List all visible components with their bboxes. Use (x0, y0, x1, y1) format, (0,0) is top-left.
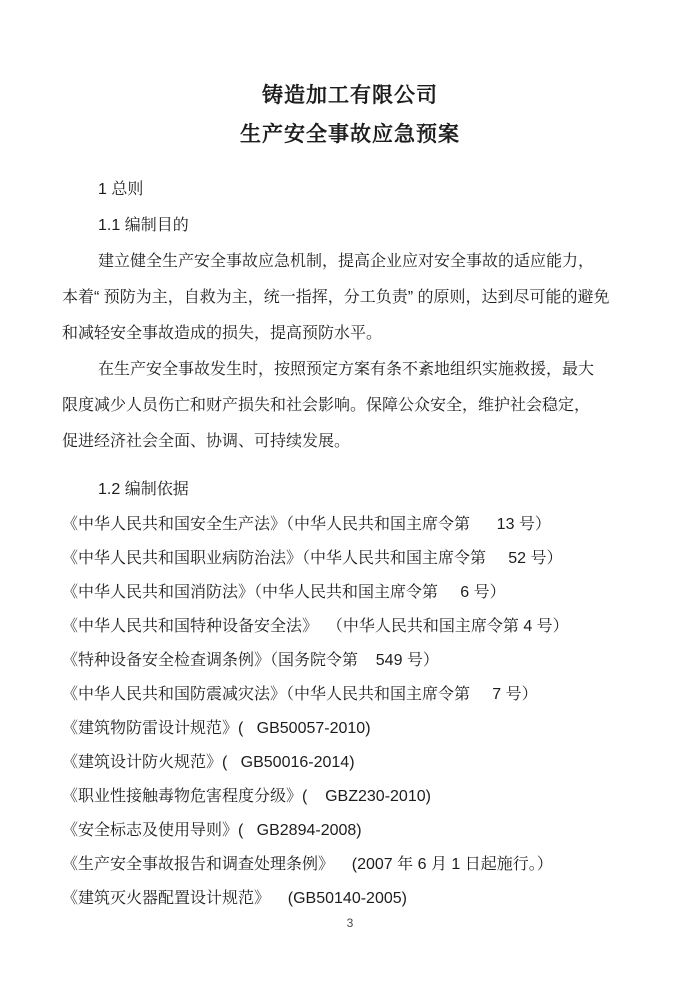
reference-item: 《中华人民共和国安全生产法》（中华人民共和国主席令第 13 号） (62, 508, 664, 542)
reference-item: 《生产安全事故报告和调查处理条例》 (2007 年 6 月 1 日起施行。） (62, 848, 664, 882)
document-page: 铸造加工有限公司 生产安全事故应急预案 1 总则 1.1 编制目的 建立健全生产… (0, 0, 700, 990)
reference-item: 《中华人民共和国特种设备安全法》 （中华人民共和国主席令第 4 号） (62, 610, 664, 644)
reference-item: 《建筑设计防火规范》( GB50016-2014) (62, 746, 664, 780)
section-1-heading: 1 总则 (62, 172, 664, 208)
reference-item: 《安全标志及使用导则》( GB2894-2008) (62, 814, 664, 848)
reference-item: 《中华人民共和国职业病防治法》（中华人民共和国主席令第 52 号） (62, 542, 664, 576)
subsection-1-1-heading: 1.1 编制目的 (62, 208, 664, 244)
document-title: 铸造加工有限公司 生产安全事故应急预案 (0, 76, 700, 154)
paragraph-2-line: 在生产安全事故发生时，按照预定方案有条不紊地组织实施救援，最大 (62, 352, 664, 388)
reference-item: 《建筑灭火器配置设计规范》 (GB50140-2005) (62, 882, 664, 916)
paragraph-2-line: 促进经济社会全面、协调、可持续发展。 (62, 424, 664, 460)
document-body: 1 总则 1.1 编制目的 建立健全生产安全事故应急机制，提高企业应对安全事故的… (62, 172, 664, 916)
page-number: 3 (0, 916, 700, 930)
subsection-1-2-heading: 1.2 编制依据 (62, 472, 664, 508)
paragraph-1-line: 和减轻安全事故造成的损失，提高预防水平。 (62, 316, 664, 352)
paragraph-1-line: 建立健全生产安全事故应急机制，提高企业应对安全事故的适应能力， (62, 244, 664, 280)
paragraph-2-line: 限度减少人员伤亡和财产损失和社会影响。保障公众安全，维护社会稳定， (62, 388, 664, 424)
reference-item: 《建筑物防雷设计规范》( GB50057-2010) (62, 712, 664, 746)
paragraph-1-line: 本着“ 预防为主，自救为主，统一指挥，分工负责” 的原则，达到尽可能的避免 (62, 280, 664, 316)
document-title-line-1: 铸造加工有限公司 (0, 76, 700, 115)
reference-item: 《职业性接触毒物危害程度分级》( GBZ230-2010) (62, 780, 664, 814)
reference-item: 《特种设备安全检查调条例》（国务院令第 549 号） (62, 644, 664, 678)
document-title-line-2: 生产安全事故应急预案 (0, 115, 700, 154)
reference-item: 《中华人民共和国防震减灾法》（中华人民共和国主席令第 7 号） (62, 678, 664, 712)
reference-item: 《中华人民共和国消防法》（中华人民共和国主席令第 6 号） (62, 576, 664, 610)
